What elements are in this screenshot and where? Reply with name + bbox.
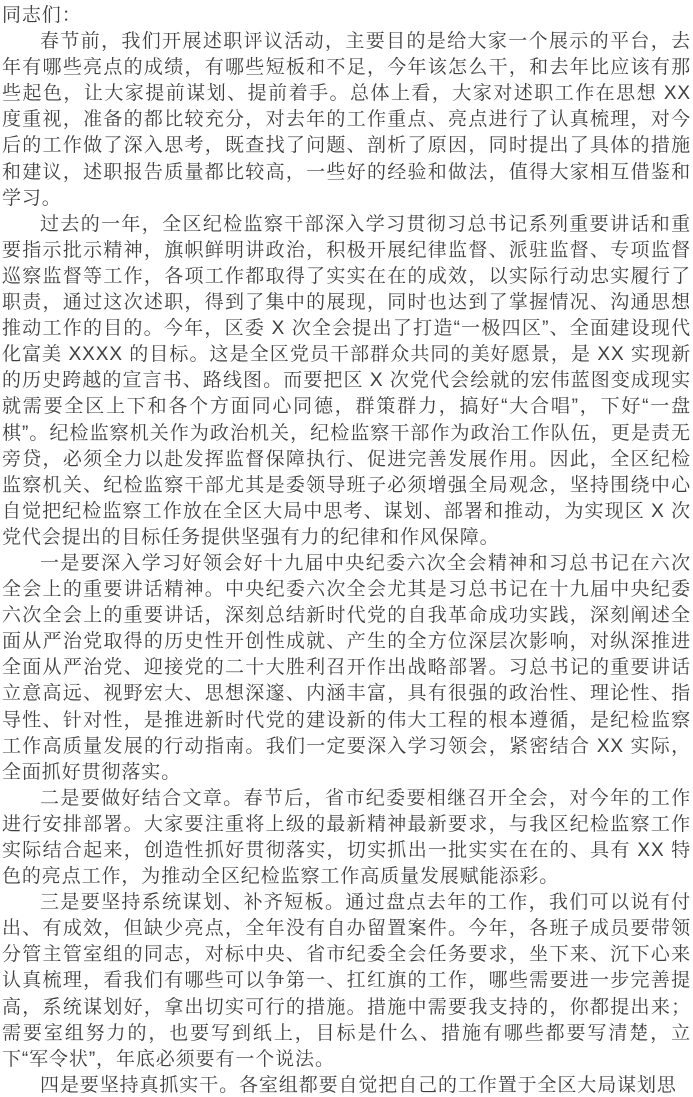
salutation-line: 同志们： (2, 3, 691, 29)
paragraph-point-one-study: 一是要深入学习好领会好十九届中央纪委六次全会精神和习总书记在六次全会上的重要讲话… (2, 551, 691, 786)
paragraph-opening-review: 春节前，我们开展述职评议活动，主要目的是给大家一个展示的平台，去年有哪些亮点的成… (2, 29, 691, 212)
paragraph-point-four-truncated: 四是要坚持真抓实干。各室组都要自觉把自己的工作置于全区大局谋划思 (2, 1073, 691, 1097)
paragraph-point-three-planning: 三是要坚持系统谋划、补齐短板。通过盘点去年的工作，我们可以说有付出、有成效，但缺… (2, 890, 691, 1073)
document-page: 同志们： 春节前，我们开展述职评议活动，主要目的是给大家一个展示的平台，去年有哪… (0, 0, 693, 1097)
paragraph-past-year-summary: 过去的一年，全区纪检监察干部深入学习贯彻习总书记系列重要讲话和重要指示批示精神，… (2, 212, 691, 551)
paragraph-point-two-integration: 二是要做好结合文章。春节后，省市纪委要相继召开全会，对今年的工作进行安排部署。大… (2, 786, 691, 890)
